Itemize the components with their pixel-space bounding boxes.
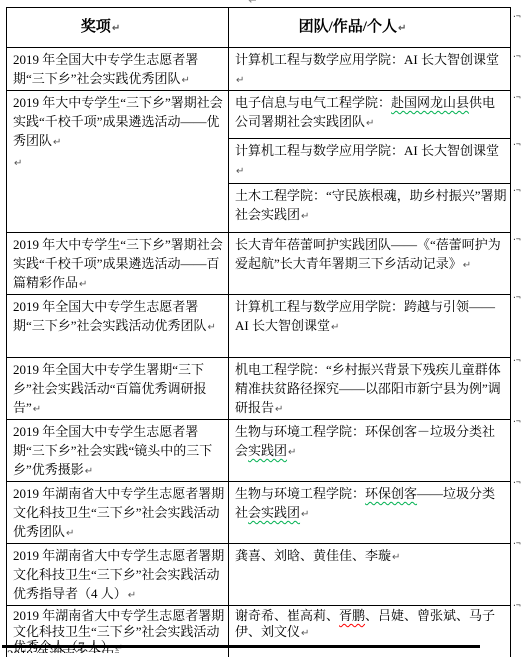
award-cell[interactable]: 2019 年湖南省大中专学生志愿者署期文化科技卫生“三下乡”社会实践活动优秀团队…: [7, 482, 229, 544]
cell-end-mark: ↵: [66, 528, 74, 539]
award-cell[interactable]: 2019 年大中专学生“三下乡”署期社会实践“千校千项”成果遴选活动——优秀团队…: [7, 91, 229, 233]
row-end-mark: ·¬: [512, 235, 520, 244]
row-end-mark: ·¬: [512, 601, 520, 610]
cell-end-mark: ↵: [236, 166, 244, 177]
paragraph-mark: ↵: [398, 23, 406, 34]
recipient-paragraph: 生物与环境工程学院：环保创客——垃圾分类社会实践团↵: [235, 484, 507, 524]
award-paragraph: 2019 年全国大中专学生志愿者署期“三下乡”社会实践优秀团队↵: [13, 50, 225, 90]
recipient-paragraph: 计算机工程与数学应用学院：跨越与引领——AI 长大智创课堂↵: [235, 297, 507, 337]
header-cell-team[interactable]: 团队/作品/个人↵: [229, 8, 511, 48]
recipient-text: 生物与环境工程学院：: [235, 486, 365, 501]
table-row: 2019 年大中专学生“三下乡”署期社会实践“千校千项”成果遴选活动——百篇精彩…: [7, 233, 511, 295]
cell-end-mark: ↵: [463, 260, 471, 271]
recipient-paragraph: 土木工程学院：“守民族根魂，助乡村振兴”署期社会实践团↵: [235, 186, 507, 226]
award-text: 2019 年湖南省大中专学生志愿者署期文化科技卫生“三下乡”社会实践活动优秀团队: [13, 486, 224, 539]
cell-end-mark: ↵: [301, 211, 309, 222]
award-cell[interactable]: 2019 年全国大中专学生志愿者署期“三下乡”社会实践优秀团队↵: [7, 48, 229, 91]
recipient-text: 计算机工程与数学应用学院：跨越与引领——AI 长大智创课堂: [235, 299, 495, 333]
cell-end-mark: ↵: [85, 466, 93, 477]
recipient-text: 谢奇希、崔高莉、: [235, 608, 339, 623]
paragraph-mark: ↵: [248, 0, 258, 7]
recipient-cell[interactable]: 计算机工程与数学应用学院：AI 长大智创课堂↵: [229, 139, 511, 184]
cell-end-mark: ↵: [301, 509, 309, 520]
cell-end-mark: ↵: [128, 590, 136, 601]
cell-end-mark: ↵: [366, 118, 374, 129]
recipient-cell[interactable]: 生物与环境工程学院：环保创客——垃圾分类社会实践团↵: [229, 482, 511, 544]
cutoff-text: 2019 年湖南省大中专学生志愿者署: [7, 648, 119, 653]
table-row: 2019 年全国大中专学生志愿者署期“三下乡”社会实践活动优秀团队↵ 计算机工程…: [7, 295, 511, 358]
recipient-text: 计算机工程与数学应用学院：AI 长大智创课堂: [235, 143, 499, 158]
recipient-paragraph: 电子信息与电气工程学院：赴国网龙山县供电公司署期社会实践团队↵: [235, 93, 507, 133]
award-text: 2019 年全国大中专学生志愿者署期“三下乡”社会实践活动优秀团队: [13, 299, 207, 333]
row-end-mark: ·¬: [512, 93, 520, 102]
table-row: 2019 年大中专学生“三下乡”署期社会实践“千校千项”成果遴选活动——优秀团队…: [7, 91, 511, 139]
award-cell[interactable]: 2019 年湖南省大中专学生志愿者署期文化科技卫生“三下乡”社会实践活动优秀指导…: [7, 544, 229, 606]
recipient-cell[interactable]: 机电工程学院：“乡村振兴背景下残疾儿童群体精准扶贫路径探究——以邵阳市新宁县为例…: [229, 358, 511, 420]
recipient-text: 计算机工程与数学应用学院：AI 长大智创课堂: [235, 52, 499, 67]
table-header-row: 奖项↵ 团队/作品/个人↵: [7, 8, 511, 48]
spellcheck-flagged-text: 赴国网龙山县: [391, 95, 469, 110]
cell-end-mark: ↵: [392, 552, 400, 563]
award-paragraph: 2019 年全国大中专学生志愿者署期“三下乡”社会实践“镜头中的三下乡”优秀摄影…: [13, 422, 225, 481]
award-paragraph: 2019 年大中专学生“三下乡”署期社会实践“千校千项”成果遴选活动——百篇精彩…: [13, 235, 225, 294]
cell-end-mark: ↵: [288, 447, 296, 458]
empty-paragraph: ↵: [13, 152, 225, 173]
recipient-cell[interactable]: 谢奇希、崔高莉、胥鹏、吕婕、曾张斌、马子伊、刘文仪↵: [229, 606, 511, 657]
recipient-cell[interactable]: 龚喜、刘晗、黄佳佳、李璇↵: [229, 544, 511, 606]
table-row: 2019 年湖南省大中专学生志愿者署期文化科技卫生“三下乡”社会实践活动优秀团队…: [7, 482, 511, 544]
recipient-paragraph: 龚喜、刘晗、黄佳佳、李璇↵: [235, 546, 507, 567]
award-text: 2019 年全国大中专学生志愿者署期“三下乡”社会实践优秀团队: [13, 52, 198, 86]
recipient-text: 土木工程学院：“守民族根魂，助乡村振兴”署期社会实践团: [235, 188, 507, 222]
row-end-mark: ·¬: [512, 140, 520, 149]
cell-end-mark: ↵: [53, 137, 61, 148]
row-end-mark: ·¬: [512, 293, 520, 302]
row-end-mark: ·¬: [512, 356, 520, 365]
award-text: 2019 年全国大中专学生志愿者署期“三下乡”社会实践“镜头中的三下乡”优秀摄影: [13, 424, 212, 477]
spellcheck-flagged-text: 环保创客: [365, 486, 417, 501]
row-end-mark: ·¬: [512, 417, 520, 426]
recipient-cell[interactable]: 计算机工程与数学应用学院：跨越与引领——AI 长大智创课堂↵: [229, 295, 511, 358]
table-row: 2019 年全国大中专学生署期“三下乡”社会实践活动“百篇优秀调研报告”↵ 机电…: [7, 358, 511, 420]
recipient-text: 长大青年蓓蕾呵护实践团队——《“蓓蕾呵护为爱起航”长大青年署期三下乡活动记录》: [235, 237, 501, 271]
recipient-cell[interactable]: 电子信息与电气工程学院：赴国网龙山县供电公司署期社会实践团队↵: [229, 91, 511, 139]
cell-end-mark: ↵: [182, 75, 190, 86]
row-end-mark: ·¬: [512, 52, 520, 61]
award-cell[interactable]: 2019 年全国大中专学生志愿者署期“三下乡”社会实践“镜头中的三下乡”优秀摄影…: [7, 420, 229, 482]
document-page: ↵ 奖项↵ 团队/作品/个人↵ 2019 年全国大中专学生志愿者署期“三下乡”社…: [0, 0, 530, 657]
award-paragraph: 2019 年全国大中专学生署期“三下乡”社会实践活动“百篇优秀调研报告”↵: [13, 360, 225, 419]
header-cell-award[interactable]: 奖项↵: [7, 8, 229, 48]
row-end-mark: ·¬: [512, 478, 520, 487]
recipient-paragraph: 机电工程学院：“乡村振兴背景下残疾儿童群体精准扶贫路径探究——以邵阳市新宁县为例…: [235, 360, 507, 419]
cutoff-next-row-text: 2019 年湖南省大中专学生志愿者署: [7, 648, 119, 653]
recipient-paragraph: 谢奇希、崔高莉、胥鹏、吕婕、曾张斌、马子伊、刘文仪↵: [235, 608, 507, 641]
row-end-mark: ·¬: [512, 539, 520, 548]
recipient-cell[interactable]: 生物与环境工程学院：环保创客－垃圾分类社会实践团↵: [229, 420, 511, 482]
cell-end-mark: ↵: [236, 75, 244, 86]
header-label-award: 奖项: [81, 19, 111, 35]
header-label-team: 团队/作品/个人: [299, 19, 397, 35]
recipient-paragraph: 生物与环境工程学院：环保创客－垃圾分类社会实践团↵: [235, 422, 507, 462]
recipient-cell[interactable]: 长大青年蓓蕾呵护实践团队——《“蓓蕾呵护为爱起航”长大青年署期三下乡活动记录》↵: [229, 233, 511, 295]
row-end-mark: ·¬: [512, 186, 520, 195]
cell-end-mark: ↵: [208, 322, 216, 333]
cell-end-mark: ↵: [33, 404, 41, 415]
award-cell[interactable]: 2019 年全国大中专学生署期“三下乡”社会实践活动“百篇优秀调研报告”↵: [7, 358, 229, 420]
spellcheck-flagged-text: 实践团: [248, 443, 287, 458]
award-cell[interactable]: 2019 年大中专学生“三下乡”署期社会实践“千校千项”成果遴选活动——百篇精彩…: [7, 233, 229, 295]
paragraph-mark: ↵: [14, 158, 22, 169]
award-paragraph: 2019 年湖南省大中专学生志愿者署期文化科技卫生“三下乡”社会实践活动优秀团队…: [13, 484, 225, 543]
table-row: 2019 年湖南省大中专学生志愿者署期文化科技卫生“三下乡”社会实践活动优秀指导…: [7, 544, 511, 606]
recipient-cell[interactable]: 计算机工程与数学应用学院：AI 长大智创课堂↵: [229, 48, 511, 91]
awards-table: 奖项↵ 团队/作品/个人↵ 2019 年全国大中专学生志愿者署期“三下乡”社会实…: [6, 7, 511, 657]
award-cell[interactable]: 2019 年全国大中专学生志愿者署期“三下乡”社会实践活动优秀团队↵: [7, 295, 229, 358]
cell-end-mark: ↵: [275, 404, 283, 415]
award-text: 2019 年大中专学生“三下乡”署期社会实践“千校千项”成果遴选活动——优秀团队: [13, 95, 223, 148]
spellcheck-flagged-text: 会实践团: [248, 505, 300, 520]
recipient-cell[interactable]: 土木工程学院：“守民族根魂，助乡村振兴”署期社会实践团↵: [229, 184, 511, 233]
cell-end-mark: ↵: [79, 279, 87, 290]
award-text: 2019 年湖南省大中专学生志愿者署期文化科技卫生“三下乡”社会实践活动优秀指导…: [13, 548, 224, 601]
award-paragraph: 2019 年湖南省大中专学生志愿者署期文化科技卫生“三下乡”社会实践活动优秀指导…: [13, 546, 225, 605]
recipient-paragraph: 长大青年蓓蕾呵护实践团队——《“蓓蕾呵护为爱起航”长大青年署期三下乡活动记录》↵: [235, 235, 507, 275]
recipient-text: 电子信息与电气工程学院：: [235, 95, 391, 110]
recipient-paragraph: 计算机工程与数学应用学院：AI 长大智创课堂↵: [235, 50, 507, 90]
award-paragraph: 2019 年全国大中专学生志愿者署期“三下乡”社会实践活动优秀团队↵: [13, 297, 225, 337]
recipient-text: 龚喜、刘晗、黄佳佳、李璇: [235, 548, 391, 563]
table-row: 2019 年全国大中专学生志愿者署期“三下乡”社会实践“镜头中的三下乡”优秀摄影…: [7, 420, 511, 482]
row-end-mark: ·¬: [512, 12, 520, 21]
paragraph-mark: ↵: [112, 23, 120, 34]
award-text: 2019 年全国大中专学生署期“三下乡”社会实践活动“百篇优秀调研报告”: [13, 362, 207, 415]
table-row: 2019 年全国大中专学生志愿者署期“三下乡”社会实践优秀团队↵ 计算机工程与数…: [7, 48, 511, 91]
cell-end-mark: ↵: [331, 322, 339, 333]
spellcheck-flagged-text: 胥鹏: [339, 608, 365, 623]
award-text: 2019 年大中专学生“三下乡”署期社会实践“千校千项”成果遴选活动——百篇精彩…: [13, 237, 223, 290]
recipient-paragraph: 计算机工程与数学应用学院：AI 长大智创课堂↵: [235, 141, 507, 181]
award-paragraph: 2019 年大中专学生“三下乡”署期社会实践“千校千项”成果遴选活动——优秀团队…: [13, 93, 225, 152]
cell-end-mark: ↵: [301, 628, 309, 639]
